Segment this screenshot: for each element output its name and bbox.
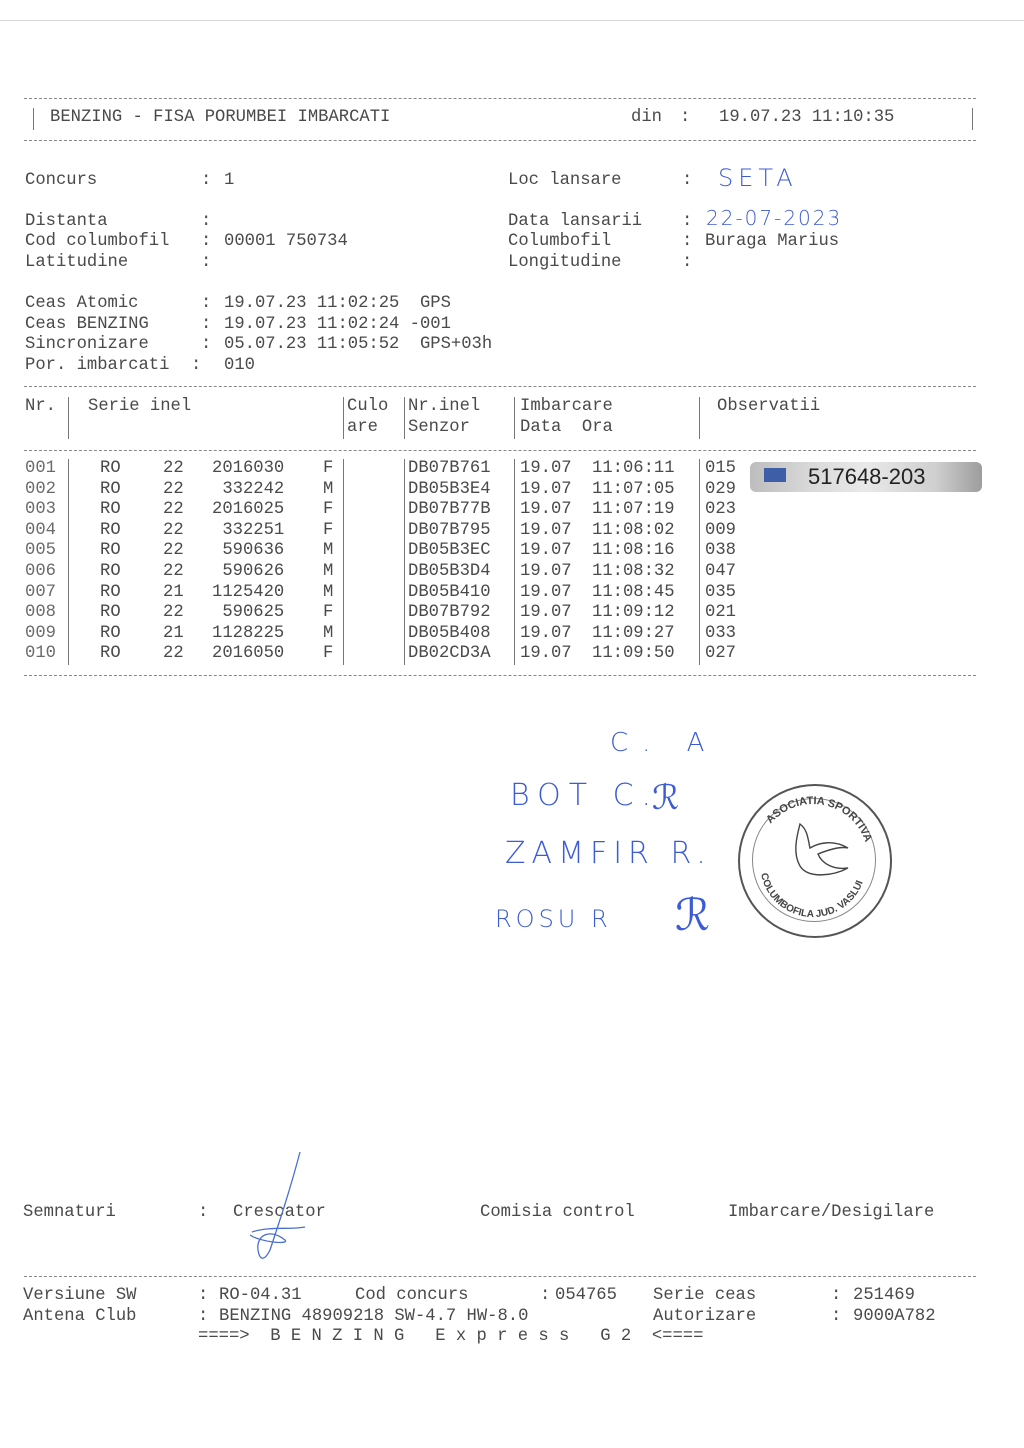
row-year: 22 (163, 459, 184, 480)
row-sex: F (323, 521, 333, 542)
col-divider (699, 603, 700, 624)
col-divider (514, 644, 515, 665)
flag-icon (764, 468, 786, 482)
header-top-rule (24, 98, 976, 99)
col-divider (699, 541, 700, 562)
col-divider (699, 583, 700, 604)
row-data: 19.07 (520, 583, 572, 604)
ceas-atomic-value: 19.07.23 11:02:25 GPS (224, 294, 451, 315)
row-year: 21 (163, 583, 184, 604)
cod-columbofil-value: 00001 750734 (224, 232, 348, 253)
header-left-bar (33, 108, 34, 130)
row-year: 22 (163, 644, 184, 665)
col-divider (68, 500, 69, 521)
col-divider (514, 541, 515, 562)
col-header-imbarcare-2: Data Ora (520, 418, 613, 439)
association-stamp: ASOCIATIA SPORTIVA COLUMBOFILA JUD. VASL… (738, 784, 892, 938)
handwritten-line-3: ZAMFIR R. (505, 836, 712, 871)
col-divider (68, 459, 69, 480)
header-date-value: 19.07.23 11:10:35 (719, 108, 894, 129)
row-senzor: DB02CD3A (408, 644, 491, 665)
row-observatii: 021 (705, 603, 736, 624)
row-sex: F (323, 500, 333, 521)
footer-rule (24, 1276, 976, 1277)
header-bottom-rule (24, 140, 976, 141)
col-divider (514, 521, 515, 542)
col-header-nr-inel-2: Senzor (408, 418, 470, 439)
row-sex: F (323, 644, 333, 665)
row-year: 22 (163, 521, 184, 542)
row-senzor: DB05B3D4 (408, 562, 491, 583)
col-divider (343, 603, 344, 624)
row-country: RO (100, 644, 121, 665)
row-ora: 11:07:05 (592, 480, 675, 501)
col-header-serie-inel: Serie inel (88, 397, 191, 418)
signatures-label: Semnaturi (23, 1203, 116, 1224)
col-divider (343, 500, 344, 521)
row-nr: 009 (25, 624, 56, 645)
ceas-benzing-value: 19.07.23 11:02:24 -001 (224, 315, 451, 336)
ceas-atomic-label: Ceas Atomic (25, 294, 138, 315)
row-nr: 002 (25, 480, 56, 501)
row-ring: 2016050 (212, 644, 284, 665)
col-header-nr-inel-1: Nr.inel (408, 397, 480, 418)
col-divider (699, 562, 700, 583)
row-ora: 11:09:27 (592, 624, 675, 645)
col-divider (514, 603, 515, 624)
row-ora: 11:08:02 (592, 521, 675, 542)
serie-ceas-value: 251469 (853, 1286, 915, 1307)
por-imbarcati-label: Por. imbarcati (25, 356, 169, 377)
col-divider (514, 480, 515, 501)
cod-concurs-label: Cod concurs (355, 1286, 468, 1307)
col-divider (514, 500, 515, 521)
row-year: 22 (163, 480, 184, 501)
col-divider (404, 603, 405, 624)
row-data: 19.07 (520, 521, 572, 542)
row-senzor: DB05B410 (408, 583, 491, 604)
header-date-label: din (631, 108, 662, 129)
document-title: BENZING - FISA PORUMBEI IMBARCATI (50, 108, 390, 129)
col-divider (68, 583, 69, 604)
cod-columbofil-label: Cod columbofil (25, 232, 169, 253)
data-lansarii-label: Data lansarii (508, 212, 642, 233)
concurs-label: Concurs (25, 171, 97, 192)
col-divider (68, 521, 69, 542)
col-divider (699, 644, 700, 665)
row-data: 19.07 (520, 541, 572, 562)
row-senzor: DB07B795 (408, 521, 491, 542)
header-right-bar (972, 108, 973, 130)
row-senzor: DB05B408 (408, 624, 491, 645)
row-sex: F (323, 459, 333, 480)
columbofil-value: Buraga Marius (705, 232, 839, 253)
dove-icon: ASOCIATIA SPORTIVA COLUMBOFILA JUD. VASL… (738, 784, 888, 934)
row-nr: 005 (25, 541, 56, 562)
row-ring: 2016025 (212, 500, 284, 521)
col-divider (404, 500, 405, 521)
data-lansarii-value: 22-07-2023 (706, 206, 842, 230)
row-ora: 11:08:16 (592, 541, 675, 562)
row-ring: 1128225 (212, 624, 284, 645)
col-divider (343, 562, 344, 583)
row-year: 22 (163, 541, 184, 562)
signature-rosu-icon: ℛ (675, 890, 710, 941)
row-nr: 006 (25, 562, 56, 583)
row-observatii: 047 (705, 562, 736, 583)
row-observatii: 029 (705, 480, 736, 501)
col-header-imbarcare-1: Imbarcare (520, 397, 613, 418)
row-senzor: DB07B761 (408, 459, 491, 480)
row-ring: 590625 (212, 603, 284, 624)
col-header-nr: Nr. (25, 397, 56, 418)
row-year: 22 (163, 603, 184, 624)
row-data: 19.07 (520, 459, 572, 480)
col-divider (514, 459, 515, 480)
concurs-value: 1 (224, 171, 234, 192)
autorizare-value: 9000A782 (853, 1307, 936, 1328)
row-observatii: 033 (705, 624, 736, 645)
longitudine-label: Longitudine (508, 253, 621, 274)
col-divider (514, 562, 515, 583)
row-nr: 004 (25, 521, 56, 542)
row-country: RO (100, 562, 121, 583)
col-divider (68, 644, 69, 665)
row-sex: M (323, 562, 333, 583)
col-divider (343, 644, 344, 665)
row-ora: 11:08:45 (592, 583, 675, 604)
col-divider (404, 521, 405, 542)
versiune-sw-label: Versiune SW (23, 1286, 136, 1307)
col-divider (404, 624, 405, 645)
row-data: 19.07 (520, 500, 572, 521)
row-year: 21 (163, 624, 184, 645)
latitudine-label: Latitudine (25, 253, 128, 274)
row-country: RO (100, 459, 121, 480)
row-ring: 1125420 (212, 583, 284, 604)
sincronizare-value: 05.07.23 11:05:52 GPS+03h (224, 335, 492, 356)
row-ring: 2016030 (212, 459, 284, 480)
serie-ceas-label: Serie ceas (653, 1286, 756, 1307)
col-divider (343, 459, 344, 480)
row-senzor: DB07B77B (408, 500, 491, 521)
signature-comisia-label: Comisia control (480, 1203, 635, 1224)
row-year: 22 (163, 562, 184, 583)
row-data: 19.07 (520, 603, 572, 624)
col-divider (404, 583, 405, 604)
row-sex: M (323, 583, 333, 604)
por-imbarcati-value: 010 (224, 356, 255, 377)
footer-banner: ====> B E N Z I N G E x p r e s s G 2 <=… (198, 1327, 703, 1348)
row-ora: 11:07:19 (592, 500, 675, 521)
row-data: 19.07 (520, 644, 572, 665)
table-header-rule (24, 450, 976, 451)
row-observatii: 035 (705, 583, 736, 604)
col-divider (699, 521, 700, 542)
row-country: RO (100, 624, 121, 645)
row-country: RO (100, 500, 121, 521)
col-divider (699, 459, 700, 480)
distanta-label: Distanta (25, 212, 108, 233)
col-divider (404, 541, 405, 562)
row-sex: M (323, 624, 333, 645)
row-observatii: 015 (705, 459, 736, 480)
table-bottom-rule (24, 675, 976, 676)
row-nr: 001 (25, 459, 56, 480)
signature-bot-icon: ℛ (652, 778, 679, 818)
signature-imbarcare-label: Imbarcare/Desigilare (728, 1203, 934, 1224)
col-divider (699, 500, 700, 521)
row-data: 19.07 (520, 624, 572, 645)
row-ring: 590636 (212, 541, 284, 562)
handwritten-line-1: C. A (610, 728, 718, 758)
row-ora: 11:09:50 (592, 644, 675, 665)
col-divider (699, 624, 700, 645)
col-divider (343, 583, 344, 604)
col-divider (68, 624, 69, 645)
col-divider (404, 480, 405, 501)
col-header-observatii: Observatii (717, 397, 820, 418)
loc-lansare-label: Loc lansare (508, 171, 621, 192)
svg-text:ASOCIATIA SPORTIVA: ASOCIATIA SPORTIVA (764, 795, 874, 844)
col-divider (343, 521, 344, 542)
versiune-sw-value: RO-04.31 (219, 1286, 302, 1307)
col-divider (404, 562, 405, 583)
col-divider (68, 480, 69, 501)
row-nr: 007 (25, 583, 56, 604)
crescator-signature-icon (230, 1150, 310, 1270)
columbofil-label: Columbofil (508, 232, 611, 253)
row-ora: 11:06:11 (592, 459, 675, 480)
row-sex: F (323, 603, 333, 624)
ceas-benzing-label: Ceas BENZING (25, 315, 149, 336)
col-divider (68, 562, 69, 583)
antena-club-label: Antena Club (23, 1307, 136, 1328)
row-year: 22 (163, 500, 184, 521)
sincronizare-label: Sincronizare (25, 335, 149, 356)
row-nr: 010 (25, 644, 56, 665)
row-ora: 11:08:32 (592, 562, 675, 583)
row-senzor: DB05B3E4 (408, 480, 491, 501)
row-country: RO (100, 541, 121, 562)
row-country: RO (100, 583, 121, 604)
row-data: 19.07 (520, 562, 572, 583)
seal-label-sticker: 517648-203 (750, 462, 982, 492)
row-data: 19.07 (520, 480, 572, 501)
table-top-rule (24, 386, 976, 387)
row-ring: 590626 (212, 562, 284, 583)
col-divider (343, 541, 344, 562)
handwritten-line-4: ROSU R (495, 905, 612, 933)
col-header-culoare-2: are (347, 418, 378, 439)
antena-club-value: BENZING 48909218 SW-4.7 HW-8.0 (219, 1307, 528, 1328)
loc-lansare-value: SETA (718, 164, 798, 192)
row-ora: 11:09:12 (592, 603, 675, 624)
scan-edge (0, 20, 1024, 21)
col-divider (699, 480, 700, 501)
col-header-culoare-1: Culo (347, 397, 388, 418)
col-divider (68, 541, 69, 562)
col-divider (404, 459, 405, 480)
row-sex: M (323, 541, 333, 562)
row-observatii: 027 (705, 644, 736, 665)
col-divider (343, 624, 344, 645)
row-ring: 332242 (212, 480, 284, 501)
col-divider (514, 583, 515, 604)
handwritten-line-2: BOT C. (510, 778, 659, 813)
col-divider (404, 644, 405, 665)
col-divider (68, 603, 69, 624)
row-senzor: DB07B792 (408, 603, 491, 624)
autorizare-label: Autorizare (653, 1307, 756, 1328)
row-observatii: 023 (705, 500, 736, 521)
svg-text:COLUMBOFILA JUD. VASLUI: COLUMBOFILA JUD. VASLUI (758, 872, 866, 920)
row-observatii: 038 (705, 541, 736, 562)
col-divider (343, 480, 344, 501)
row-nr: 003 (25, 500, 56, 521)
row-country: RO (100, 603, 121, 624)
row-nr: 008 (25, 603, 56, 624)
row-ring: 332251 (212, 521, 284, 542)
row-senzor: DB05B3EC (408, 541, 491, 562)
row-observatii: 009 (705, 521, 736, 542)
cod-concurs-value: 054765 (555, 1286, 617, 1307)
seal-label-number: 517648-203 (808, 464, 925, 490)
row-sex: M (323, 480, 333, 501)
row-country: RO (100, 480, 121, 501)
col-divider (514, 624, 515, 645)
row-country: RO (100, 521, 121, 542)
